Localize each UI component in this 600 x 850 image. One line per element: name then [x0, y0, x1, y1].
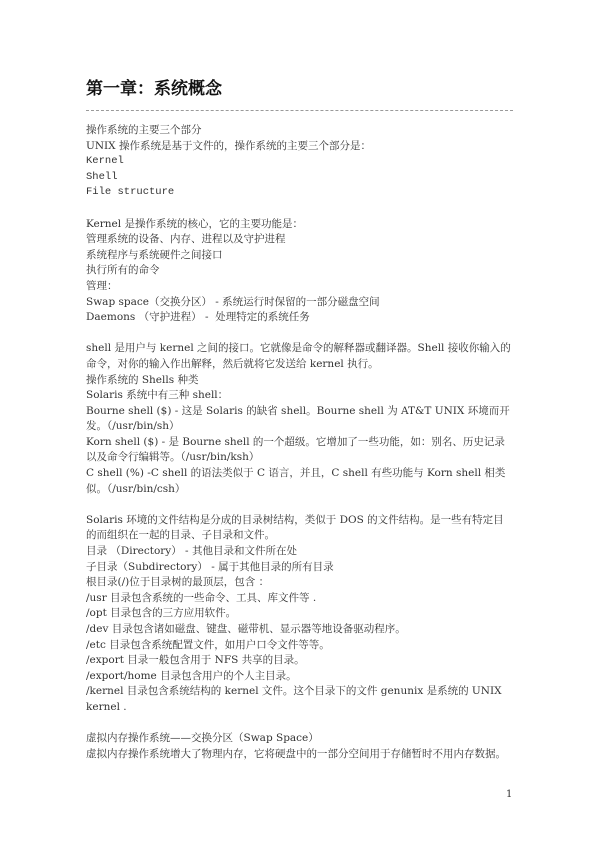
- paragraph-line: UNIX 操作系统是基于文件的，操作系统的主要三个部分是：: [86, 139, 514, 155]
- paragraph-line: 根目录(/)位于目录树的最顶层，包含 ：: [86, 575, 514, 591]
- section-shell: shell 是用户与 kernel 之间的接口。它就像是命令的解释器或翻译器。S…: [86, 341, 514, 497]
- list-item-file-structure: File structure: [86, 185, 514, 201]
- paragraph-line: 子目录（Subdirectory） - 属于其他目录的所有目录: [86, 560, 514, 576]
- paragraph-line: /etc 目录包含系统配置文件，如用户口令文件等等。: [86, 638, 514, 654]
- section-os-parts: 操作系统的主要三个部分 UNIX 操作系统是基于文件的，操作系统的主要三个部分是…: [86, 123, 514, 201]
- paragraph-line: Daemons （守护进程） - 处理特定的系统任务: [86, 310, 514, 326]
- paragraph-line: C shell (%) -C shell 的语法类似于 C 语言，并且，C sh…: [86, 466, 514, 497]
- document-page: 第一章：系统概念 操作系统的主要三个部分 UNIX 操作系统是基于文件的，操作系…: [86, 72, 514, 762]
- blank-line: [86, 716, 514, 732]
- section-kernel: Kernel 是操作系统的核心，它的主要功能是： 管理系统的设备、内存、进程以及…: [86, 217, 514, 326]
- chapter-title: 第一章：系统概念: [86, 78, 514, 100]
- paragraph-line: 管理：: [86, 279, 514, 295]
- paragraph-line: 系统程序与系统硬件之间接口: [86, 248, 514, 264]
- paragraph-line: Solaris 环境的文件结构是分成的目录树结构，类似于 DOS 的文件结构。是…: [86, 513, 514, 544]
- paragraph-line: 虚拟内存操作系统增大了物理内存，它将硬盘中的一部分空间用于存储暂时不用内存数据。: [86, 747, 514, 763]
- paragraph-line: /usr 目录包含系统的一些命令、工具、库文件等 .: [86, 591, 514, 607]
- blank-line: [86, 497, 514, 513]
- section-swap-space: 虚拟内存操作系统——交换分区（Swap Space） 虚拟内存操作系统增大了物理…: [86, 731, 514, 762]
- paragraph-line: Bourne shell ($) - 这是 Solaris 的缺省 shell。…: [86, 404, 514, 435]
- paragraph-line: /dev 目录包含诸如磁盘、键盘、磁带机、显示器等地设备驱动程序。: [86, 622, 514, 638]
- paragraph-line: 目录 （Directory） - 其他目录和文件所在处: [86, 544, 514, 560]
- paragraph-line: /export 目录一般包含用于 NFS 共享的目录。: [86, 653, 514, 669]
- section-file-structure: Solaris 环境的文件结构是分成的目录树结构，类似于 DOS 的文件结构。是…: [86, 513, 514, 716]
- page-number: 1: [506, 789, 512, 800]
- paragraph-line: 操作系统的 Shells 种类: [86, 373, 514, 389]
- paragraph-line: /kernel 目录包含系统结构的 kernel 文件。这个目录下的文件 gen…: [86, 684, 514, 715]
- paragraph-line: 虚拟内存操作系统——交换分区（Swap Space）: [86, 731, 514, 747]
- dashed-separator: [86, 110, 513, 111]
- paragraph-line: 执行所有的命令: [86, 263, 514, 279]
- paragraph-line: Kernel 是操作系统的核心，它的主要功能是：: [86, 217, 514, 233]
- paragraph-line: Korn shell ($) - 是 Bourne shell 的一个超级。它增…: [86, 435, 514, 466]
- list-item-shell: Shell: [86, 170, 514, 186]
- paragraph-line: 管理系统的设备、内存、进程以及守护进程: [86, 232, 514, 248]
- paragraph-line: /export/home 目录包含用户的个人主目录。: [86, 669, 514, 685]
- paragraph-line: Solaris 系统中有三种 shell：: [86, 388, 514, 404]
- blank-line: [86, 326, 514, 342]
- paragraph-line: shell 是用户与 kernel 之间的接口。它就像是命令的解释器或翻译器。S…: [86, 341, 514, 372]
- paragraph-line: 操作系统的主要三个部分: [86, 123, 514, 139]
- paragraph-line: /opt 目录包含的三方应用软件。: [86, 606, 514, 622]
- paragraph-line: Swap space（交换分区） - 系统运行时保留的一部分磁盘空间: [86, 295, 514, 311]
- document-body: 操作系统的主要三个部分 UNIX 操作系统是基于文件的，操作系统的主要三个部分是…: [86, 123, 514, 762]
- list-item-kernel: Kernel: [86, 154, 514, 170]
- blank-line: [86, 201, 514, 217]
